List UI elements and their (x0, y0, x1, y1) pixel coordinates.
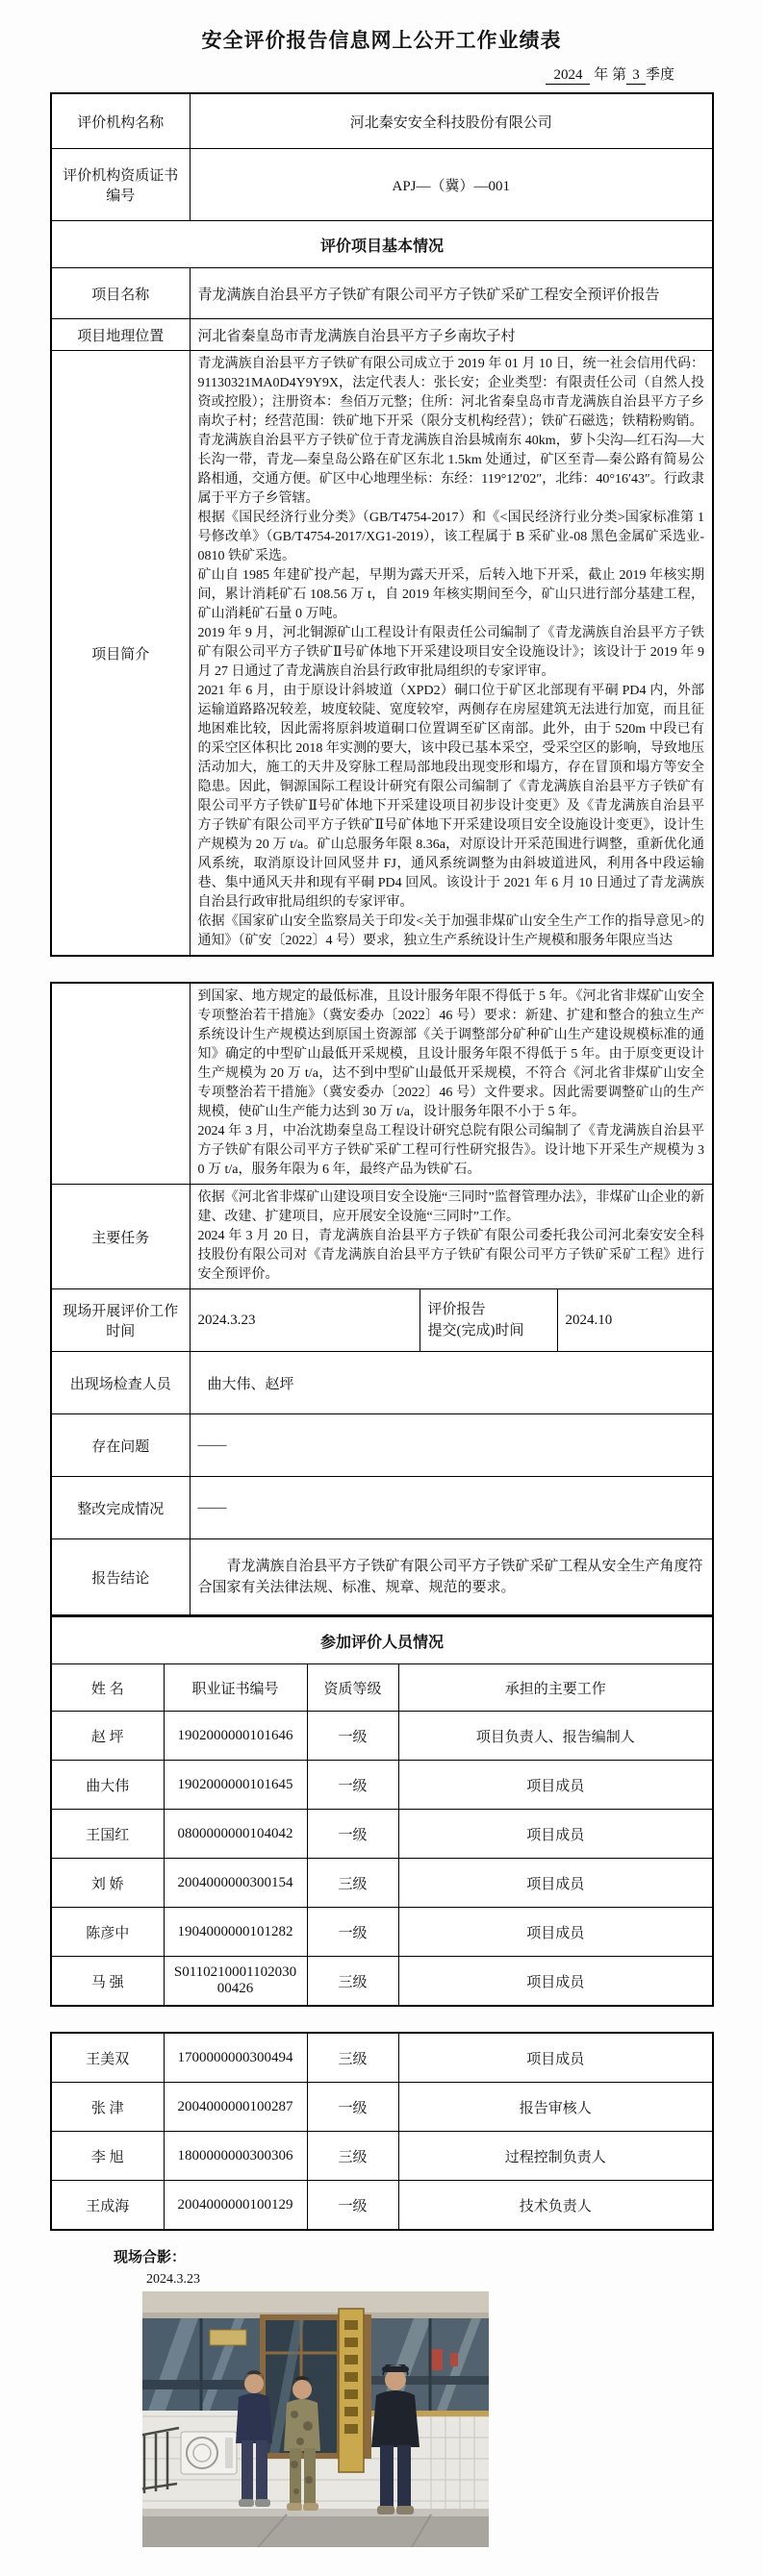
header-level: 资质等级 (307, 1664, 398, 1712)
person-cert-number: 1700000000300494 (164, 2033, 307, 2083)
basic-section-title: 评价项目基本情况 (51, 221, 713, 268)
table-row: 项目地理位置 河北省秦皇岛市青龙满族自治县平方子乡南坎子村 (51, 319, 713, 351)
intro-paragraph: 矿山自 1985 年建矿投产起，早期为露天开采，后转入地下开采，截止 2019 … (198, 566, 705, 624)
rectification-value: —— (190, 1477, 713, 1539)
table-row: 张 津 2004000000100287 一级 报告审核人 (51, 2083, 713, 2132)
person-level: 三级 (307, 2033, 398, 2083)
person-name: 马 强 (51, 1957, 164, 2007)
intro-paragraph: 到国家、地方规定的最低标准，且设计服务年限不得低于 5 年。《河北省非煤矿山安全… (198, 988, 705, 1122)
report-submit-label-line2: 提交(完成)时间 (428, 1320, 549, 1341)
person-cert-number: S011021000110203000426 (164, 1957, 307, 2007)
table-row: 整改完成情况 —— (51, 1477, 713, 1539)
org-name-value: 河北秦安安全科技股份有限公司 (190, 93, 713, 149)
page-title: 安全评价报告信息网上公开工作业绩表 (0, 25, 763, 54)
project-location-value: 河北省秦皇岛市青龙满族自治县平方子乡南坎子村 (190, 319, 713, 351)
intro-paragraph: 2019 年 9 月，河北铜源矿山工程设计有限责任公司编制了《青龙满族自治县平方… (198, 624, 705, 682)
personnel-table: 参加评价人员情况 姓 名 职业证书编号 资质等级 承担的主要工作 赵 坪 190… (50, 1616, 714, 2007)
period-quarter-prefix: 第 (612, 67, 626, 83)
person-level: 三级 (307, 2132, 398, 2181)
person-name: 陈彦中 (51, 1908, 164, 1957)
table-row: 存在问题 —— (51, 1414, 713, 1477)
person-role: 项目成员 (398, 1810, 713, 1859)
person-role: 项目成员 (398, 1957, 713, 2007)
table-row: 评价机构资质证书编号 APJ—（冀）—001 (51, 149, 713, 221)
table-row: 王成海 2004000000100129 一级 技术负责人 (51, 2181, 713, 2231)
intro-paragraph: 2021 年 6 月，由于原设计斜坡道（XPD2）硐口位于矿区北部现有平硐 PD… (198, 682, 705, 913)
person-name: 王成海 (51, 2181, 164, 2231)
fieldwork-date-value: 2024.3.23 (190, 1289, 420, 1352)
personnel-section-title: 参加评价人员情况 (51, 1617, 713, 1664)
person-role: 报告审核人 (398, 2083, 713, 2132)
period-year: 2024 (546, 67, 590, 85)
table-row: 项目名称 青龙满族自治县平方子铁矿有限公司平方子铁矿采矿工程安全预评价报告 (51, 268, 713, 319)
person-level: 三级 (307, 1859, 398, 1908)
personnel-rows-continued: 王美双 1700000000300494 三级 项目成员 张 津 2004000… (51, 2033, 713, 2230)
person-cert-number: 1902000000101645 (164, 1761, 307, 1810)
person-role: 项目负责人、报告编制人 (398, 1712, 713, 1761)
table-row: 项目简介 青龙满族自治县平方子铁矿有限公司成立于 2019 年 01 月 10 … (51, 351, 713, 957)
person-level: 一级 (307, 1908, 398, 1957)
site-photo-section: 现场合影： 2024.3.23 (114, 2246, 763, 2576)
problems-value: —— (190, 1414, 713, 1477)
table-break-gap (0, 957, 763, 982)
table-row: 现场开展评价工作时间 2024.3.23 评价报告 提交(完成)时间 2024.… (51, 1289, 713, 1352)
project-name-value: 青龙满族自治县平方子铁矿有限公司平方子铁矿采矿工程安全预评价报告 (190, 268, 713, 319)
person-name: 曲大伟 (51, 1761, 164, 1810)
fieldwork-date-label: 现场开展评价工作时间 (51, 1289, 190, 1352)
task-paragraph: 2024 年 3 月 20 日，青龙满族自治县平方子铁矿有限公司委托我公司河北秦… (198, 1227, 705, 1285)
person-cert-number: 2004000000300154 (164, 1859, 307, 1908)
intro-paragraph: 青龙满族自治县平方子铁矿有限公司成立于 2019 年 01 月 10 日，统一社… (198, 355, 705, 432)
header-role: 承担的主要工作 (398, 1664, 713, 1712)
conclusion-value: 青龙满族自治县平方子铁矿有限公司平方子铁矿采矿工程从安全生产角度符合国家有关法律… (190, 1539, 713, 1616)
report-submit-value: 2024.10 (557, 1289, 713, 1352)
conclusion-label: 报告结论 (51, 1539, 190, 1616)
period-line: 2024 年 第3季度 (0, 63, 763, 85)
person-name: 李 旭 (51, 2132, 164, 2181)
personnel-header-row: 姓 名 职业证书编号 资质等级 承担的主要工作 (51, 1664, 713, 1712)
table-row: 刘 娇 2004000000300154 三级 项目成员 (51, 1859, 713, 1908)
problems-label: 存在问题 (51, 1414, 190, 1477)
person-role: 项目成员 (398, 2033, 713, 2083)
period-quarter-suffix: 季度 (646, 67, 674, 83)
site-photo-image (142, 2291, 489, 2547)
project-intro-part2: 到国家、地方规定的最低标准，且设计服务年限不得低于 5 年。《河北省非煤矿山安全… (190, 983, 713, 1185)
table-row: 陈彦中 1904000000101282 一级 项目成员 (51, 1908, 713, 1957)
table-row: 赵 坪 1902000000101646 一级 项目负责人、报告编制人 (51, 1712, 713, 1761)
table-row: 曲大伟 1902000000101645 一级 项目成员 (51, 1761, 713, 1810)
org-name-label: 评价机构名称 (51, 93, 190, 149)
personnel-table-continued: 王美双 1700000000300494 三级 项目成员 张 津 2004000… (50, 2032, 714, 2231)
person-name: 张 津 (51, 2083, 164, 2132)
person-role: 项目成员 (398, 1859, 713, 1908)
table-row: 主要任务 依据《河北省非煤矿山建设项目安全设施“三同时”监督管理办法》，非煤矿山… (51, 1185, 713, 1289)
table-row: 王国红 0800000000104042 一级 项目成员 (51, 1810, 713, 1859)
period-quarter: 3 (626, 67, 646, 85)
person-name: 刘 娇 (51, 1859, 164, 1908)
person-level: 一级 (307, 1712, 398, 1761)
person-cert-number: 1800000000300306 (164, 2132, 307, 2181)
table-break-gap (0, 2007, 763, 2032)
intro-paragraph: 2024 年 3 月，中冶沈勘秦皇岛工程设计研究总院有限公司编制了《青龙满族自治… (198, 1122, 705, 1180)
person-cert-number: 1904000000101282 (164, 1908, 307, 1957)
inspectors-label: 出现场检查人员 (51, 1352, 190, 1414)
person-name: 王国红 (51, 1810, 164, 1859)
person-role: 项目成员 (398, 1908, 713, 1957)
table-row: 参加评价人员情况 (51, 1617, 713, 1664)
tasks-value: 依据《河北省非煤矿山建设项目安全设施“三同时”监督管理办法》，非煤矿山企业的新建… (190, 1185, 713, 1289)
table-row: 出现场检查人员 曲大伟、赵坪 (51, 1352, 713, 1414)
person-level: 一级 (307, 2083, 398, 2132)
org-cert-label: 评价机构资质证书编号 (51, 149, 190, 221)
table-row: 李 旭 1800000000300306 三级 过程控制负责人 (51, 2132, 713, 2181)
photo-section-label: 现场合影： (114, 2246, 763, 2266)
intro-paragraph: 根据《国民经济行业分类》（GB/T4754-2017）和《<国民经济行业分类>国… (198, 509, 705, 566)
table-row: 马 强 S011021000110203000426 三级 项目成员 (51, 1957, 713, 2007)
table-row: 评价机构名称 河北秦安安全科技股份有限公司 (51, 93, 713, 149)
table-row: 到国家、地方规定的最低标准，且设计服务年限不得低于 5 年。《河北省非煤矿山安全… (51, 983, 713, 1185)
person-cert-number: 2004000000100129 (164, 2181, 307, 2231)
project-intro-part1: 青龙满族自治县平方子铁矿有限公司成立于 2019 年 01 月 10 日，统一社… (190, 351, 713, 957)
report-submit-label-line1: 评价报告 (428, 1299, 549, 1320)
personnel-rows: 赵 坪 1902000000101646 一级 项目负责人、报告编制人 曲大伟 … (51, 1712, 713, 2007)
org-cert-value: APJ—（冀）—001 (190, 149, 713, 221)
person-cert-number: 0800000000104042 (164, 1810, 307, 1859)
person-role: 过程控制负责人 (398, 2132, 713, 2181)
table-row: 王美双 1700000000300494 三级 项目成员 (51, 2033, 713, 2083)
header-cert: 职业证书编号 (164, 1664, 307, 1712)
person-name: 王美双 (51, 2033, 164, 2083)
person-level: 一级 (307, 1761, 398, 1810)
intro-paragraph: 青龙满族自治县平方子铁矿位于青龙满族自治县城南东 40km，萝卜尖沟—红石沟—大… (198, 432, 705, 509)
task-paragraph: 依据《河北省非煤矿山建设项目安全设施“三同时”监督管理办法》，非煤矿山企业的新建… (198, 1188, 705, 1227)
table-row: 报告结论 青龙满族自治县平方子铁矿有限公司平方子铁矿采矿工程从安全生产角度符合国… (51, 1539, 713, 1616)
person-level: 一级 (307, 1810, 398, 1859)
intro-paragraph: 依据《国家矿山安全监察局关于印发<关于加强非煤矿山安全生产工作的指导意见>的通知… (198, 913, 705, 951)
person-role: 技术负责人 (398, 2181, 713, 2231)
intro-continued-empty-label (51, 983, 190, 1185)
main-table-part2: 到国家、地方规定的最低标准，且设计服务年限不得低于 5 年。《河北省非煤矿山安全… (50, 982, 714, 1616)
inspectors-value: 曲大伟、赵坪 (190, 1352, 713, 1414)
person-cert-number: 1902000000101646 (164, 1712, 307, 1761)
site-photo (142, 2291, 489, 2547)
person-cert-number: 2004000000100287 (164, 2083, 307, 2132)
rectification-label: 整改完成情况 (51, 1477, 190, 1539)
person-role: 项目成员 (398, 1761, 713, 1810)
period-year-suffix: 年 (594, 67, 608, 83)
table-row: 评价项目基本情况 (51, 221, 713, 268)
person-level: 三级 (307, 1957, 398, 2007)
document-page: 安全评价报告信息网上公开工作业绩表 2024 年 第3季度 评价机构名称 河北秦… (0, 0, 763, 2576)
person-name: 赵 坪 (51, 1712, 164, 1761)
project-intro-label: 项目简介 (51, 351, 190, 957)
person-level: 一级 (307, 2181, 398, 2231)
project-location-label: 项目地理位置 (51, 319, 190, 351)
main-table-part1: 评价机构名称 河北秦安安全科技股份有限公司 评价机构资质证书编号 APJ—（冀）… (50, 92, 714, 957)
photo-date: 2024.3.23 (146, 2272, 763, 2288)
report-submit-label: 评价报告 提交(完成)时间 (420, 1289, 557, 1352)
header-name: 姓 名 (51, 1664, 164, 1712)
tasks-label: 主要任务 (51, 1185, 190, 1289)
project-name-label: 项目名称 (51, 268, 190, 319)
